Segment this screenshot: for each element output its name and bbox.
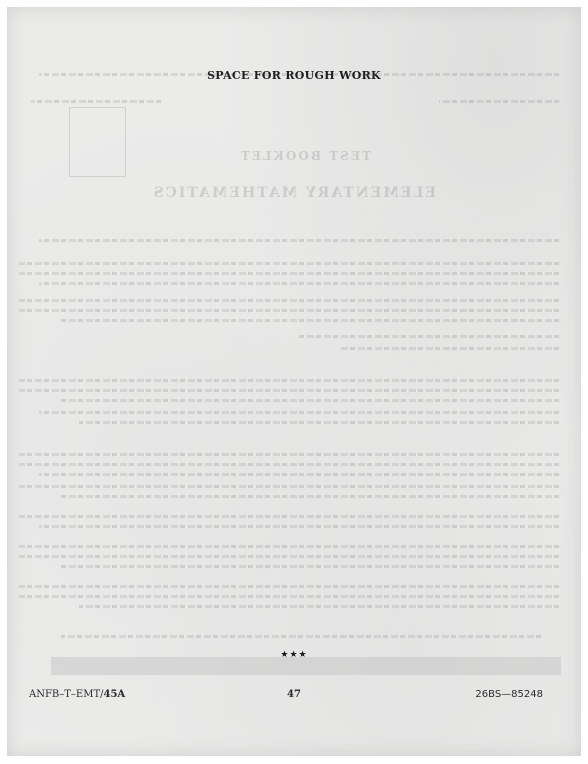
scanned-page: TEST BOOKLET ELEMENTARY MATHEMATICS SPAC… [7,7,581,756]
booklet-series-box [69,107,126,177]
reverse-side-bleed-through: TEST BOOKLET ELEMENTARY MATHEMATICS [7,7,581,756]
bleed-title-2: ELEMENTARY MATHEMATICS [152,185,436,201]
end-separator-stars: ★★★ [7,650,581,660]
bleed-title-1: TEST BOOKLET [239,149,371,163]
page-heading: SPACE FOR ROUGH WORK [7,69,581,82]
series-code: 26BS—85248 [475,689,543,700]
